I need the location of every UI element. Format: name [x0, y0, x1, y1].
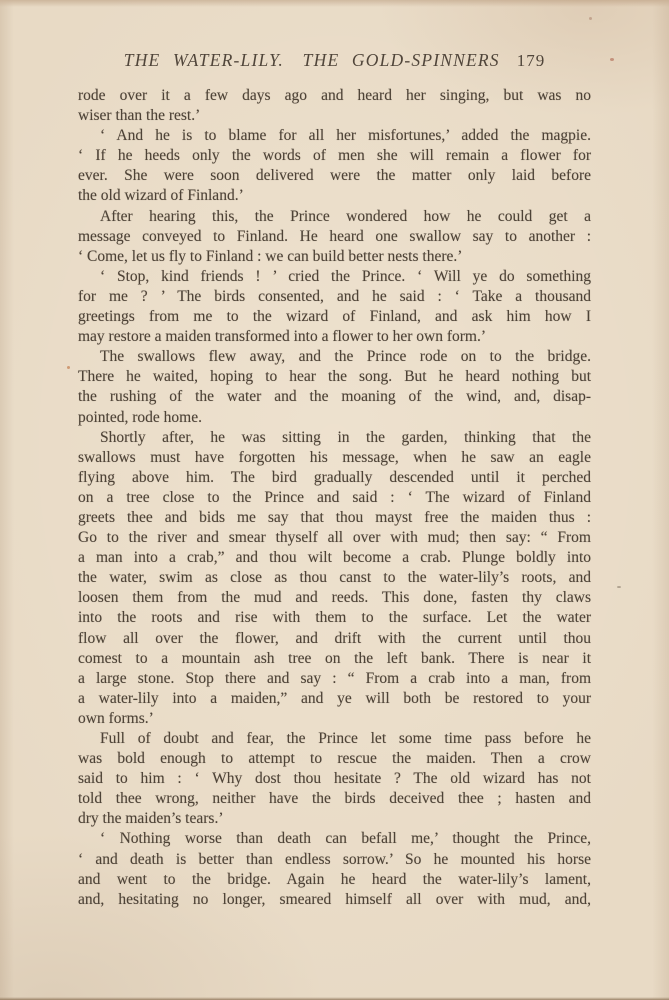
text-line: dry the maiden’s tears.’ — [78, 809, 591, 829]
scan-speck — [67, 366, 70, 369]
text-line: The swallows flew away, and the Prince r… — [78, 347, 591, 367]
text-line: ‘ and death is better than endless sorro… — [78, 850, 591, 870]
text-line: and, hesitating no longer, smeared himse… — [78, 890, 591, 910]
text-line: a large stone. Stop there and say : “ Fr… — [78, 669, 591, 689]
text-line: said to him : ‘ Why dost thou hesitate ?… — [78, 769, 591, 789]
text-line: After hearing this, the Prince wondered … — [78, 207, 591, 227]
text-line: into the roots and rise with them to the… — [78, 608, 591, 628]
text-line: and went to the bridge. Again he heard t… — [78, 870, 591, 890]
text-line: ‘ If he heeds only the words of men she … — [78, 146, 591, 166]
text-line: may restore a maiden transformed into a … — [78, 327, 591, 347]
text-line: flow all over the flower, and drift with… — [78, 629, 591, 649]
text-line: greets thee and bids me say that thou ma… — [78, 508, 591, 528]
text-block: rode over it a few days ago and heard he… — [78, 86, 591, 910]
text-line: told thee wrong, neither have the birds … — [78, 789, 591, 809]
text-line: loosen them from the mud and reeds. This… — [78, 588, 591, 608]
text-line: a man into a crab,” and thou wilt become… — [78, 548, 591, 568]
scan-speck — [617, 586, 621, 588]
text-line: message conveyed to Finland. He heard on… — [78, 227, 591, 247]
text-line: ‘ Stop, kind friends ! ’ cried the Princ… — [78, 267, 591, 287]
book-page: THE WATER-LILY. THE GOLD-SPINNERS179 rod… — [0, 0, 669, 1000]
text-line: There he waited, hoping to hear the song… — [78, 367, 591, 387]
running-title: THE WATER-LILY. THE GOLD-SPINNERS — [124, 50, 500, 70]
page-number: 179 — [517, 51, 546, 70]
text-line: was bold enough to attempt to rescue the… — [78, 749, 591, 769]
page-header: THE WATER-LILY. THE GOLD-SPINNERS179 — [78, 50, 591, 71]
text-line: on a tree close to the Prince and said :… — [78, 488, 591, 508]
scan-speck — [589, 17, 592, 20]
text-line: for me ? ’ The birds consented, and he s… — [78, 287, 591, 307]
text-line: ‘ Come, let us fly to Finland : we can b… — [78, 247, 591, 267]
text-line: greetings from me to the wizard of Finla… — [78, 307, 591, 327]
text-line: a water-lily into a maiden,” and ye will… — [78, 689, 591, 709]
text-line: the old wizard of Finland.’ — [78, 186, 591, 206]
text-line: ever. She were soon delivered were the m… — [78, 166, 591, 186]
text-line: comest to a mountain ash tree on the lef… — [78, 649, 591, 669]
text-line: own forms.’ — [78, 709, 591, 729]
text-line: Full of doubt and fear, the Prince let s… — [78, 729, 591, 749]
text-line: pointed, rode home. — [78, 408, 591, 428]
text-line: the water, swim as close as thou canst t… — [78, 568, 591, 588]
scan-speck — [610, 58, 614, 61]
text-line: wiser than the rest.’ — [78, 106, 591, 126]
text-line: the rushing of the water and the moaning… — [78, 387, 591, 407]
text-line: flying above him. The bird gradually des… — [78, 468, 591, 488]
text-line: rode over it a few days ago and heard he… — [78, 86, 591, 106]
text-line: Shortly after, he was sitting in the gar… — [78, 428, 591, 448]
text-line: Go to the river and smear thyself all ov… — [78, 528, 591, 548]
text-line: swallows must have forgotten his message… — [78, 448, 591, 468]
text-line: ‘ Nothing worse than death can befall me… — [78, 829, 591, 849]
text-line: ‘ And he is to blame for all her misfort… — [78, 126, 591, 146]
